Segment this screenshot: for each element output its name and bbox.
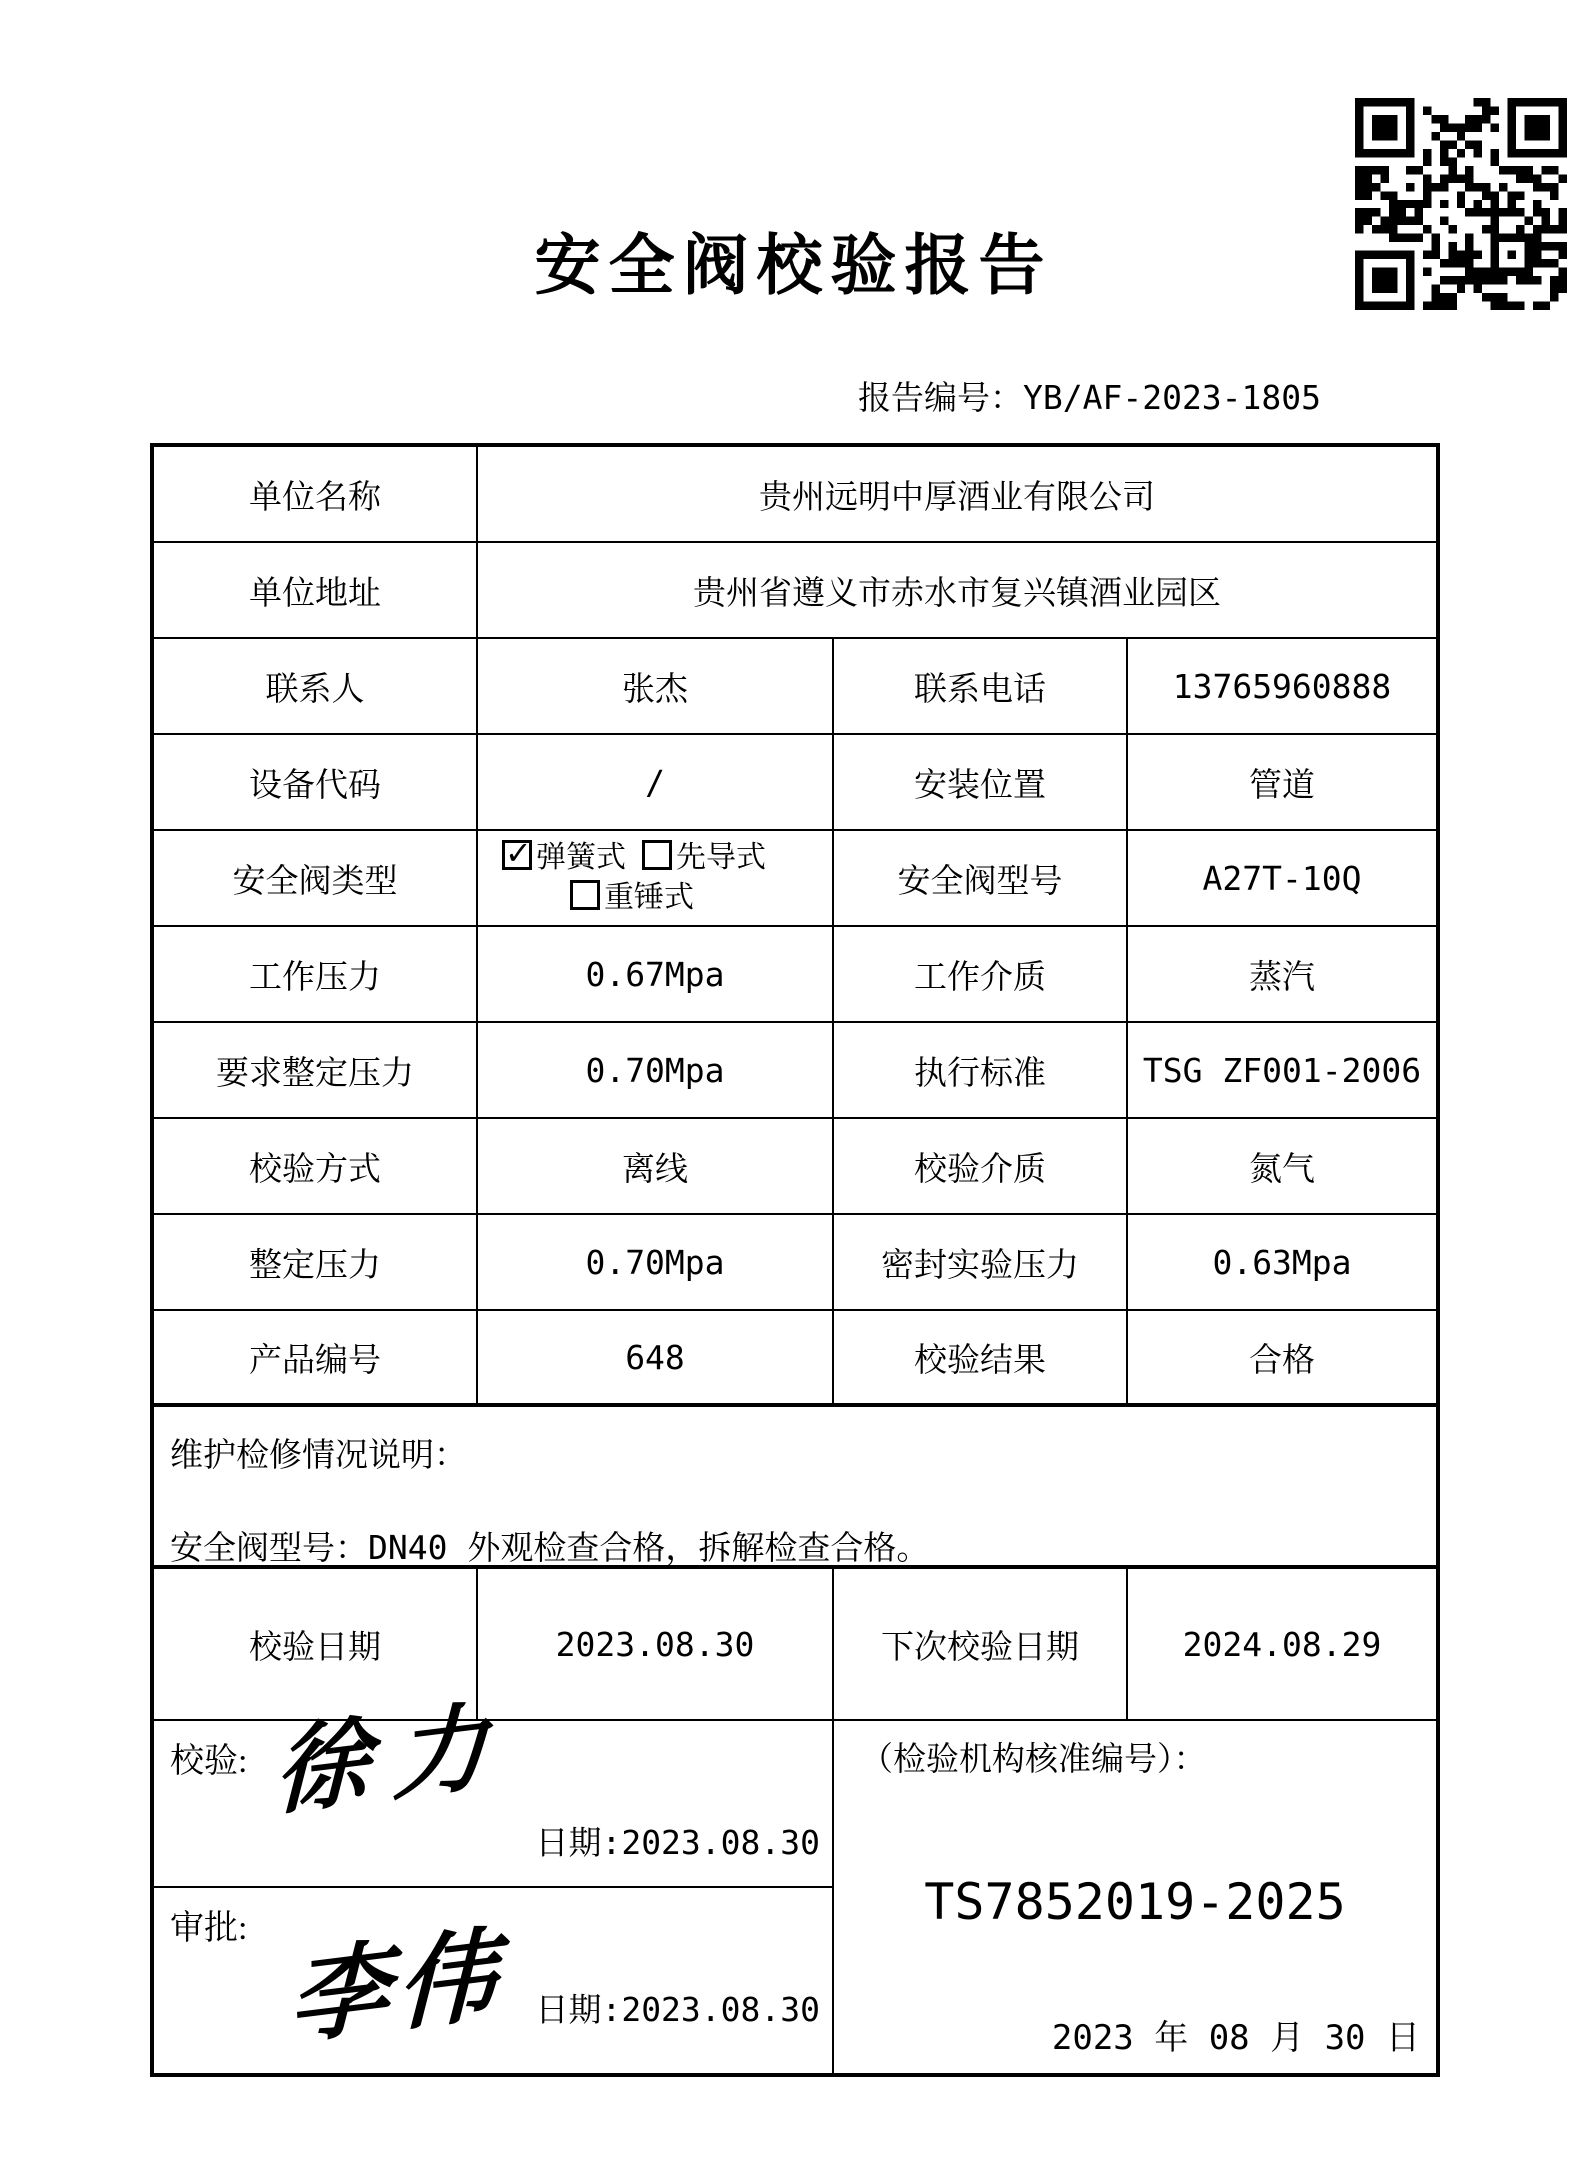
valve-model-value: A27T-10Q [1128, 831, 1436, 927]
unit-address-label: 单位地址 [154, 543, 478, 639]
option-spring-label: 弹簧式 [536, 841, 626, 874]
work-medium-label: 工作介质 [834, 927, 1128, 1023]
maintenance-notes: 维护检修情况说明： 安全阀型号：DN40 外观检查合格，拆解检查合格。 [154, 1407, 1436, 1569]
seal-test-pressure-value: 0.63Mpa [1128, 1215, 1436, 1311]
unit-address-value: 贵州省遵义市赤水市复兴镇酒业园区 [478, 543, 1436, 639]
report-table: 单位名称 贵州远明中厚酒业有限公司 单位地址 贵州省遵义市赤水市复兴镇酒业园区 … [150, 443, 1440, 2077]
contact-label: 联系人 [154, 639, 478, 735]
valve-type-line2: 重锤式 [570, 878, 710, 918]
option-weight: 重锤式 [570, 881, 694, 914]
work-pressure-label: 工作压力 [154, 927, 478, 1023]
verify-signature: 徐力 [274, 1668, 513, 1834]
checkbox-pilot-icon [642, 840, 672, 870]
phone-value: 13765960888 [1128, 639, 1436, 735]
approve-label: 审批: [170, 1900, 247, 1949]
next-calib-date-value: 2024.08.29 [1128, 1569, 1436, 1721]
calib-method-label: 校验方式 [154, 1119, 478, 1215]
install-pos-value: 管道 [1128, 735, 1436, 831]
approve-cell: 审批: 李伟 日期:2023.08.30 [154, 1888, 834, 2073]
checkbox-spring-icon [502, 840, 532, 870]
next-calib-date-label: 下次校验日期 [834, 1569, 1128, 1721]
calib-medium-label: 校验介质 [834, 1119, 1128, 1215]
install-pos-label: 安装位置 [834, 735, 1128, 831]
contact-value: 张杰 [478, 639, 834, 735]
option-pilot: 先导式 [642, 841, 766, 874]
option-weight-label: 重锤式 [604, 881, 694, 914]
approve-date: 日期:2023.08.30 [535, 1984, 820, 2031]
option-pilot-label: 先导式 [676, 841, 766, 874]
org-approval-code: TS7852019-2025 [834, 1873, 1436, 1931]
product-no-label: 产品编号 [154, 1311, 478, 1407]
phone-label: 联系电话 [834, 639, 1128, 735]
issue-date: 2023 年 08 月 30 日 [1052, 2010, 1420, 2059]
org-approval-label: （检验机构核准编号）： [860, 1733, 1207, 1780]
approve-signature: 李伟 [289, 1892, 506, 2064]
unit-name-value: 贵州远明中厚酒业有限公司 [478, 447, 1436, 543]
calib-method-value: 离线 [478, 1119, 834, 1215]
required-set-pressure-value: 0.70Mpa [478, 1023, 834, 1119]
verify-label: 校验: [170, 1733, 247, 1782]
maintenance-notes-detail: 安全阀型号：DN40 外观检查合格，拆解检查合格。 [170, 1522, 929, 1569]
maintenance-notes-title: 维护检修情况说明： [170, 1429, 467, 1476]
verify-cell: 校验: 徐力 日期:2023.08.30 [154, 1721, 834, 1888]
verify-date: 日期:2023.08.30 [535, 1817, 820, 1864]
standard-label: 执行标准 [834, 1023, 1128, 1119]
work-medium-value: 蒸汽 [1128, 927, 1436, 1023]
valve-model-label: 安全阀型号 [834, 831, 1128, 927]
checkbox-weight-icon [570, 880, 600, 910]
device-code-label: 设备代码 [154, 735, 478, 831]
option-spring: 弹簧式 [502, 841, 626, 874]
valve-type-line1: 弹簧式先导式 [502, 838, 782, 878]
calib-medium-value: 氮气 [1128, 1119, 1436, 1215]
report-number: 报告编号：YB/AF-2023-1805 [858, 372, 1321, 419]
calib-result-value: 合格 [1128, 1311, 1436, 1407]
page-title: 安全阀校验报告 [0, 212, 1587, 307]
set-pressure-value: 0.70Mpa [478, 1215, 834, 1311]
set-pressure-label: 整定压力 [154, 1215, 478, 1311]
valve-type-options: 弹簧式先导式 重锤式 [478, 831, 834, 927]
device-code-value: / [478, 735, 834, 831]
calib-date-value: 2023.08.30 [478, 1569, 834, 1721]
unit-name-label: 单位名称 [154, 447, 478, 543]
calib-result-label: 校验结果 [834, 1311, 1128, 1407]
product-no-value: 648 [478, 1311, 834, 1407]
work-pressure-value: 0.67Mpa [478, 927, 834, 1023]
report-page: 安全阀校验报告 报告编号：YB/AF-2023-1805 单位名称 贵州远明中厚… [0, 0, 1587, 2178]
standard-value: TSG ZF001-2006 [1128, 1023, 1436, 1119]
org-cell: （检验机构核准编号）： TS7852019-2025 2023 年 08 月 3… [834, 1721, 1436, 2073]
valve-type-label: 安全阀类型 [154, 831, 478, 927]
required-set-pressure-label: 要求整定压力 [154, 1023, 478, 1119]
seal-test-pressure-label: 密封实验压力 [834, 1215, 1128, 1311]
